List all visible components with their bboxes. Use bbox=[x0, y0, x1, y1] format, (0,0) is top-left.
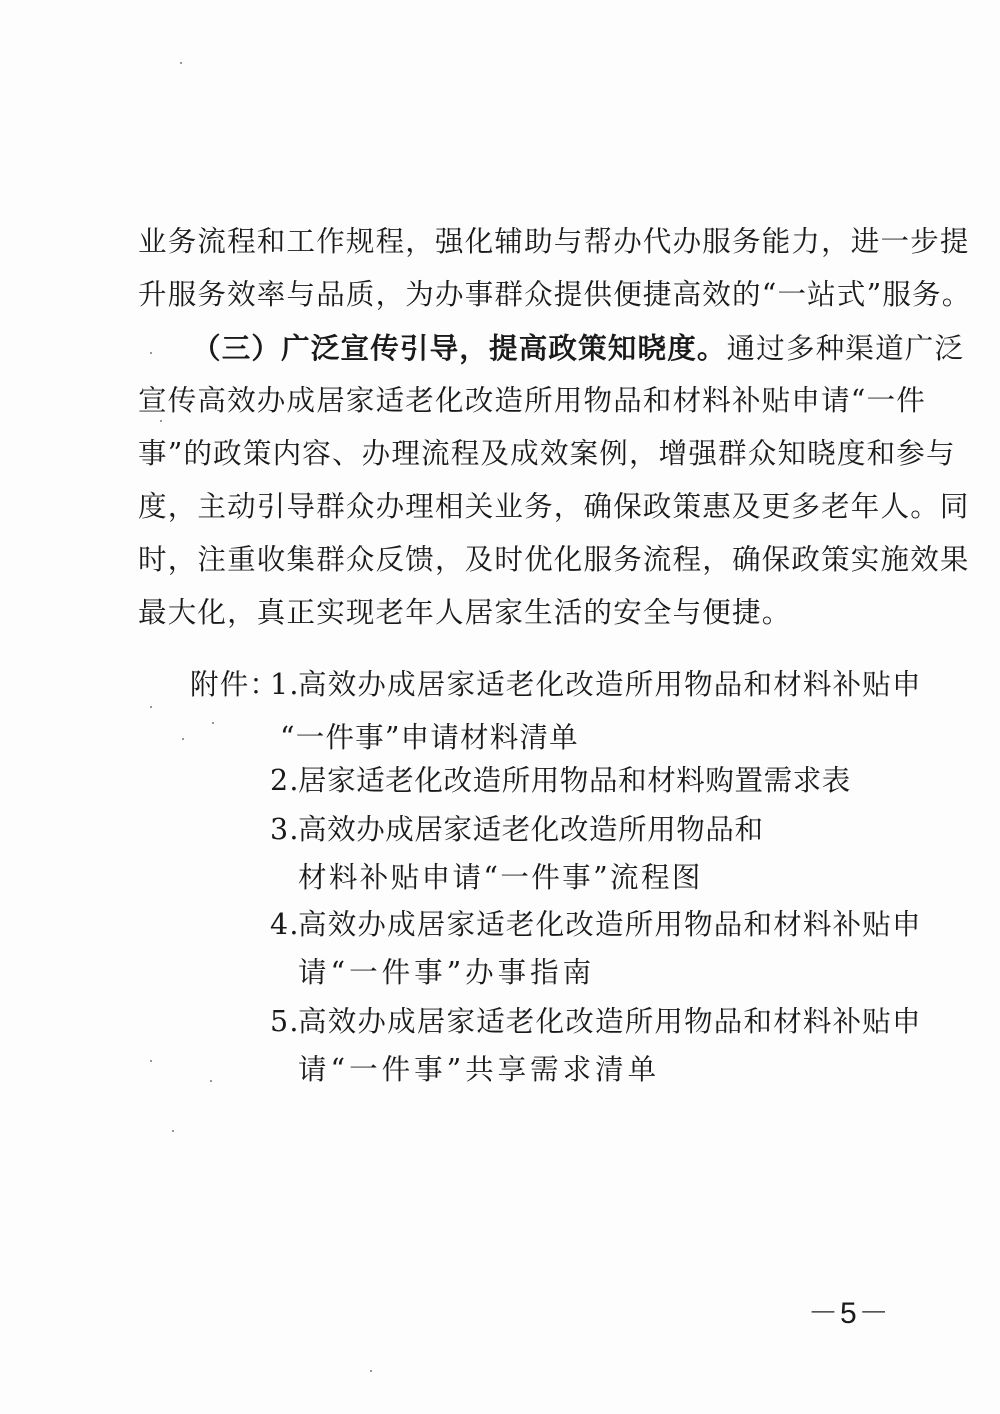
attachment-4-line-1: 高效办成居家适老化改造所用物品和材料补贴申 bbox=[298, 905, 864, 945]
attachments-label: 附件： bbox=[190, 665, 279, 705]
body-text-line: 最大化，真正实现老年人居家生活的安全与便捷。 bbox=[138, 593, 868, 633]
document-page: 业务流程和工作规程，强化辅助与帮办代办服务能力，进一步提 升服务效率与品质，为办… bbox=[0, 0, 1000, 1414]
body-text-line: 事”的政策内容、办理流程及成效案例，增强群众知晓度和参与 bbox=[138, 434, 868, 474]
scan-speck bbox=[212, 722, 214, 724]
attachment-number-1: 1. bbox=[270, 665, 300, 705]
body-text-line: 时，注重收集群众反馈，及时优化服务流程，确保政策实施效果 bbox=[138, 540, 868, 580]
scan-speck bbox=[150, 352, 152, 354]
attachment-number-3: 3. bbox=[270, 810, 300, 850]
body-text-line: 度，主动引导群众办理相关业务，确保政策惠及更多老年人。同 bbox=[138, 487, 868, 527]
body-text-line: 宣传高效办成居家适老化改造所用物品和材料补贴申请“一件 bbox=[138, 381, 868, 421]
scan-speck bbox=[172, 1130, 174, 1132]
attachment-1-line-2: “一件事”申请材料清单 bbox=[280, 718, 579, 758]
page-number: －5－ bbox=[808, 1294, 891, 1334]
attachment-4-line-2: 请“一件事”办事指南 bbox=[298, 953, 595, 993]
body-text-line: 业务流程和工作规程，强化辅助与帮办代办服务能力，进一步提 bbox=[138, 222, 868, 262]
attachment-number-2: 2. bbox=[270, 761, 300, 801]
attachment-1-line-1: 高效办成居家适老化改造所用物品和材料补贴申 bbox=[298, 665, 864, 705]
scan-speck bbox=[180, 62, 182, 64]
attachment-3-line-2: 材料补贴申请“一件事”流程图 bbox=[298, 858, 703, 898]
section-heading: （三）广泛宣传引导，提高政策知晓度。 bbox=[192, 331, 727, 365]
attachment-number-4: 4. bbox=[270, 905, 300, 945]
scan-speck bbox=[160, 420, 162, 422]
body-text-line: 升服务效率与品质，为办事群众提供便捷高效的“一站式”服务。 bbox=[138, 275, 868, 315]
section-three-first-line: （三）广泛宣传引导，提高政策知晓度。通过多种渠道广泛 bbox=[192, 328, 868, 369]
scan-speck bbox=[370, 1370, 372, 1372]
scan-speck bbox=[150, 1060, 152, 1062]
attachment-2-line-1: 居家适老化改造所用物品和材料购置需求表 bbox=[298, 761, 851, 801]
attachment-5-line-1: 高效办成居家适老化改造所用物品和材料补贴申 bbox=[298, 1002, 864, 1042]
attachment-5-line-2: 请“一件事”共享需求清单 bbox=[298, 1050, 660, 1090]
scan-speck bbox=[150, 706, 152, 708]
scan-speck bbox=[210, 1080, 212, 1082]
attachment-number-5: 5. bbox=[270, 1002, 300, 1042]
scan-speck bbox=[182, 738, 184, 740]
attachment-3-line-1: 高效办成居家适老化改造所用物品和 bbox=[298, 810, 764, 850]
body-text: 通过多种渠道广泛 bbox=[727, 332, 965, 365]
